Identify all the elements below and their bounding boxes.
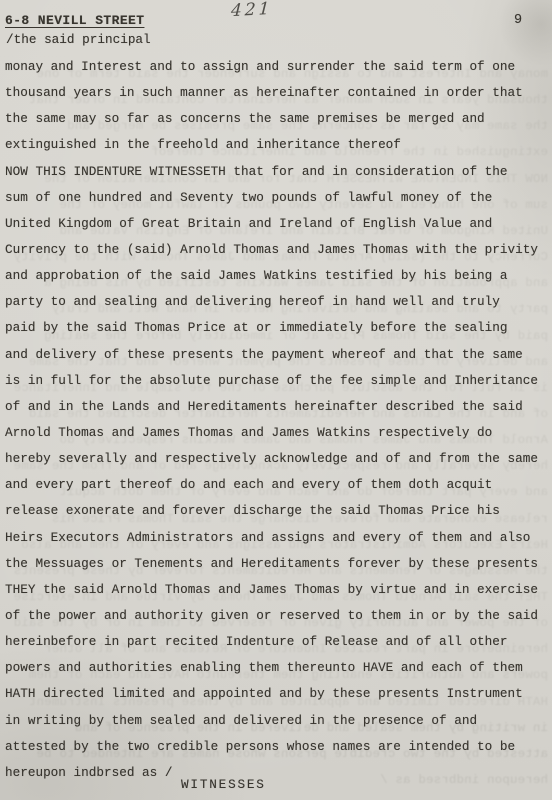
continuation-line: /the said principal xyxy=(6,32,151,47)
document-line: is in full for the absolute purchase of … xyxy=(5,368,551,394)
document-line: release exonerate and forever discharge … xyxy=(5,498,551,524)
document-page: monay and Interest and to assign and sur… xyxy=(0,0,552,800)
handwritten-folio-number: 421 xyxy=(231,0,273,21)
document-line: HATH directed limited and appointed and … xyxy=(5,681,551,707)
document-line: hereinbefore in part recited Indenture o… xyxy=(5,629,551,655)
document-line: paid by the said Thomas Price at or imme… xyxy=(5,315,551,341)
document-line: hereupon indbrsed as / xyxy=(5,760,551,786)
document-line: and every part thereof do and each and e… xyxy=(5,472,551,498)
document-line: United Kingdom of Great Britain and Irel… xyxy=(5,211,551,237)
document-line: hereby severally and respectively acknow… xyxy=(5,446,551,472)
document-line: in writing by them sealed and delivered … xyxy=(5,708,551,734)
document-line: attested by the two credible persons who… xyxy=(5,734,551,760)
document-line: Heirs Executors Administrators and assig… xyxy=(5,525,551,551)
document-line: the Messuages or Tenements and Hereditam… xyxy=(5,551,551,577)
witnesses-heading: WITNESSES xyxy=(181,777,266,792)
document-line: powers and authorities enabling them the… xyxy=(5,655,551,681)
document-line: the same may so far as concerns the same… xyxy=(5,106,551,132)
document-line: and approbation of the said James Watkin… xyxy=(5,263,551,289)
document-line: party to and sealing and delivering here… xyxy=(5,289,551,315)
document-line: THEY the said Arnold Thomas and James Th… xyxy=(5,577,551,603)
document-body: monay and Interest and to assign and sur… xyxy=(5,54,551,786)
document-line: extinguished in the freehold and inherit… xyxy=(5,132,551,158)
document-line: and delivery of these presents the payme… xyxy=(5,342,551,368)
document-line: sum of one hundred and Seventy two pound… xyxy=(5,185,551,211)
property-address-heading: 6-8 NEVILL STREET xyxy=(5,13,144,28)
document-line: Currency to the (said) Arnold Thomas and… xyxy=(5,237,551,263)
document-line: of the power and authority given or rese… xyxy=(5,603,551,629)
document-line: of and in the Lands and Hereditaments he… xyxy=(5,394,551,420)
document-line: NOW THIS INDENTURE WITNESSETH that for a… xyxy=(5,159,551,185)
document-line: monay and Interest and to assign and sur… xyxy=(5,54,551,80)
document-line: thousand years in such manner as hereina… xyxy=(5,80,551,106)
page-number: 9 xyxy=(514,13,522,28)
document-line: Arnold Thomas and James Thomas and James… xyxy=(5,420,551,446)
